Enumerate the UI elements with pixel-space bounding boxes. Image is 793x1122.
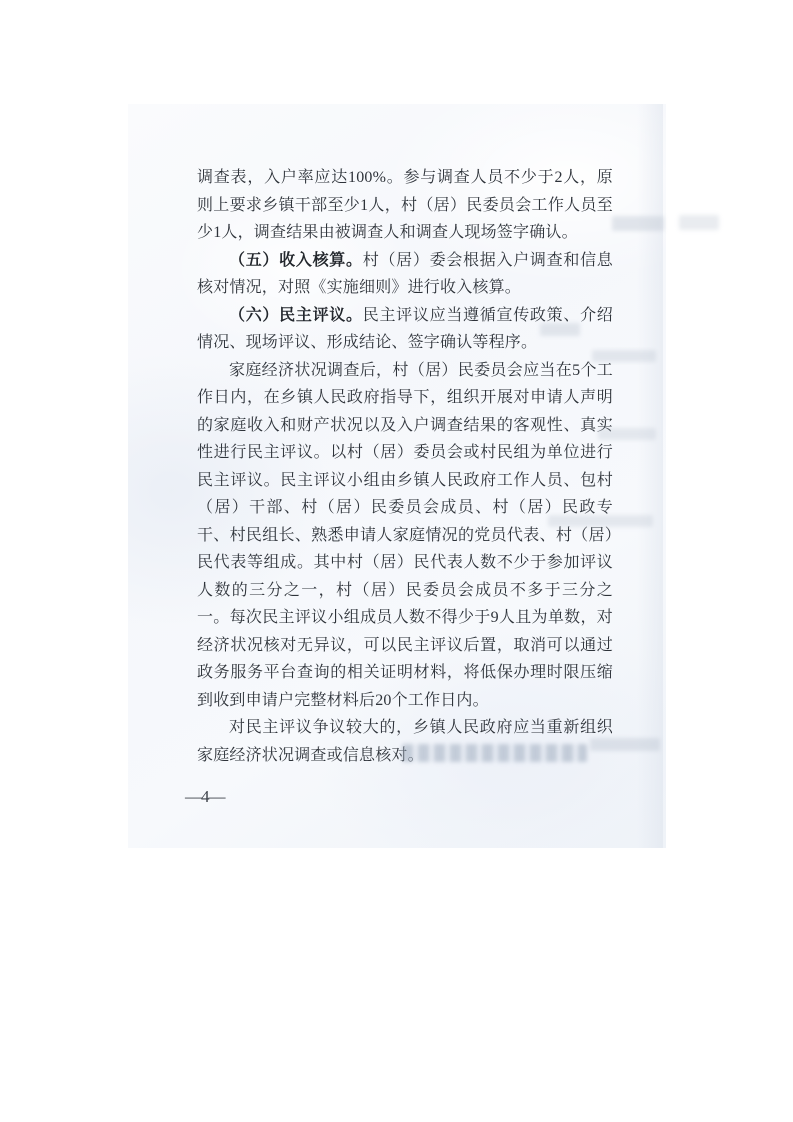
- paragraph: （六）民主评议。民主评议应当遵循宣传政策、介绍情况、现场评议、形成结论、签字确认…: [197, 302, 613, 357]
- scanned-document-page: 调查表，入户率应达100%。参与调查人员不少于2人，原则上要求乡镇干部至少1人，…: [0, 0, 793, 1122]
- body-text: 家庭经济状况调查后，村（居）民委员会应当在5个工作日内，在乡镇人民政府指导下，组…: [197, 362, 613, 709]
- body-text: 对民主评议争议较大的，乡镇人民政府应当重新组织家庭经济状况调查或信息核对。: [197, 719, 613, 764]
- section-heading: （六）民主评议。: [229, 307, 363, 324]
- paragraph: 对民主评议争议较大的，乡镇人民政府应当重新组织家庭经济状况调查或信息核对。: [197, 714, 613, 769]
- page-number: —4—: [185, 787, 225, 807]
- body-text: 调查表，入户率应达100%。参与调查人员不少于2人，原则上要求乡镇干部至少1人，…: [197, 169, 613, 241]
- paragraph: 家庭经济状况调查后，村（居）民委员会应当在5个工作日内，在乡镇人民政府指导下，组…: [197, 357, 613, 715]
- page-fold-edge: [662, 104, 664, 848]
- paragraph: 调查表，入户率应达100%。参与调查人员不少于2人，原则上要求乡镇干部至少1人，…: [197, 164, 613, 247]
- section-heading: （五）收入核算。: [229, 252, 363, 269]
- document-body: 调查表，入户率应达100%。参与调查人员不少于2人，原则上要求乡镇干部至少1人，…: [197, 164, 613, 769]
- paper-sheet: 调查表，入户率应达100%。参与调查人员不少于2人，原则上要求乡镇干部至少1人，…: [128, 104, 666, 848]
- paragraph: （五）收入核算。村（居）委会根据入户调查和信息核对情况，对照《实施细则》进行收入…: [197, 247, 613, 302]
- bleedthrough-smudge: [679, 215, 719, 230]
